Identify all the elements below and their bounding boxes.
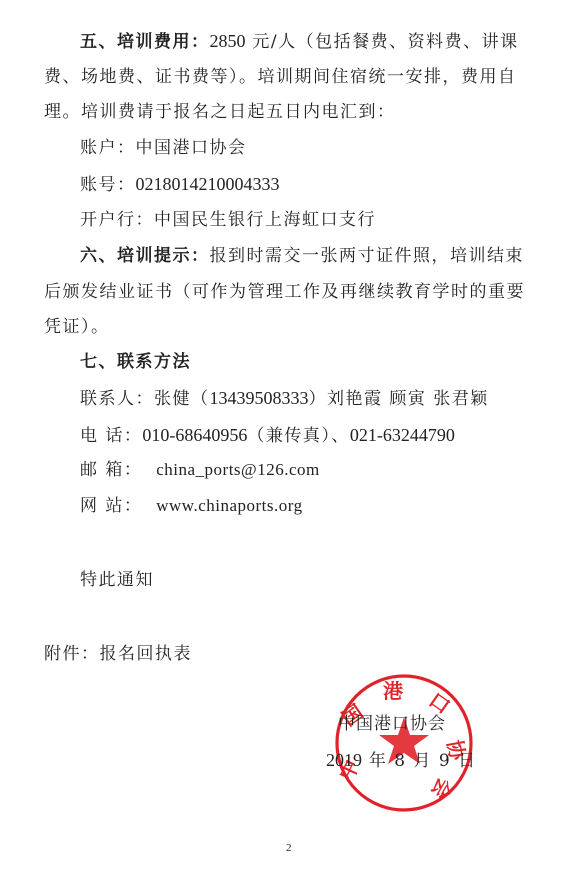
contact-email: 邮 箱： china_ports@126.com	[80, 459, 320, 481]
website-link[interactable]: www.chinaports.org	[156, 496, 302, 515]
section6-line3: 凭证）。	[44, 316, 110, 338]
section6-heading: 六、培训提示：	[80, 246, 210, 266]
closing-text: 特此通知	[80, 569, 154, 591]
bank-name: 开户行：中国民生银行上海虹口支行	[80, 209, 376, 231]
email-link[interactable]: china_ports@126.com	[156, 460, 320, 479]
section6-line2: 后颁发结业证书（可作为管理工作及再继续教育学时的重要	[44, 281, 525, 303]
section6-line1: 六、培训提示：报到时需交一张两寸证件照，培训结束	[80, 245, 524, 267]
account-name: 账户：中国港口协会	[80, 137, 247, 159]
signature-date: 2019 年 8 月 9 日	[326, 749, 477, 772]
contact-phone: 电 话：010-68640956（兼传真）、021-63244790	[80, 424, 455, 447]
section7-heading: 七、联系方法	[80, 351, 191, 373]
official-seal-icon: 中 国 港 口 协 会	[333, 672, 475, 814]
section5-heading: 五、培训费用：	[80, 32, 210, 52]
account-number: 账号：0218014210004333	[80, 173, 280, 196]
contact-website: 网 站： www.chinaports.org	[80, 495, 303, 517]
signature-org: 中国港口协会	[338, 713, 446, 735]
svg-text:会: 会	[426, 774, 457, 803]
page-number: 2	[286, 842, 292, 854]
svg-text:港: 港	[383, 679, 403, 703]
contact-persons: 联系人：张健（13439508333）刘艳霞 顾寅 张君颖	[80, 387, 489, 410]
attachment-text: 附件：报名回执表	[44, 643, 192, 665]
section5-line3: 理。培训费请于报名之日起五日内电汇到：	[44, 101, 396, 123]
section5-line1: 五、培训费用：2850 元/人（包括餐费、资料费、讲课	[80, 30, 519, 53]
section5-line2: 费、场地费、证书费等）。培训期间住宿统一安排，费用自	[44, 66, 517, 88]
